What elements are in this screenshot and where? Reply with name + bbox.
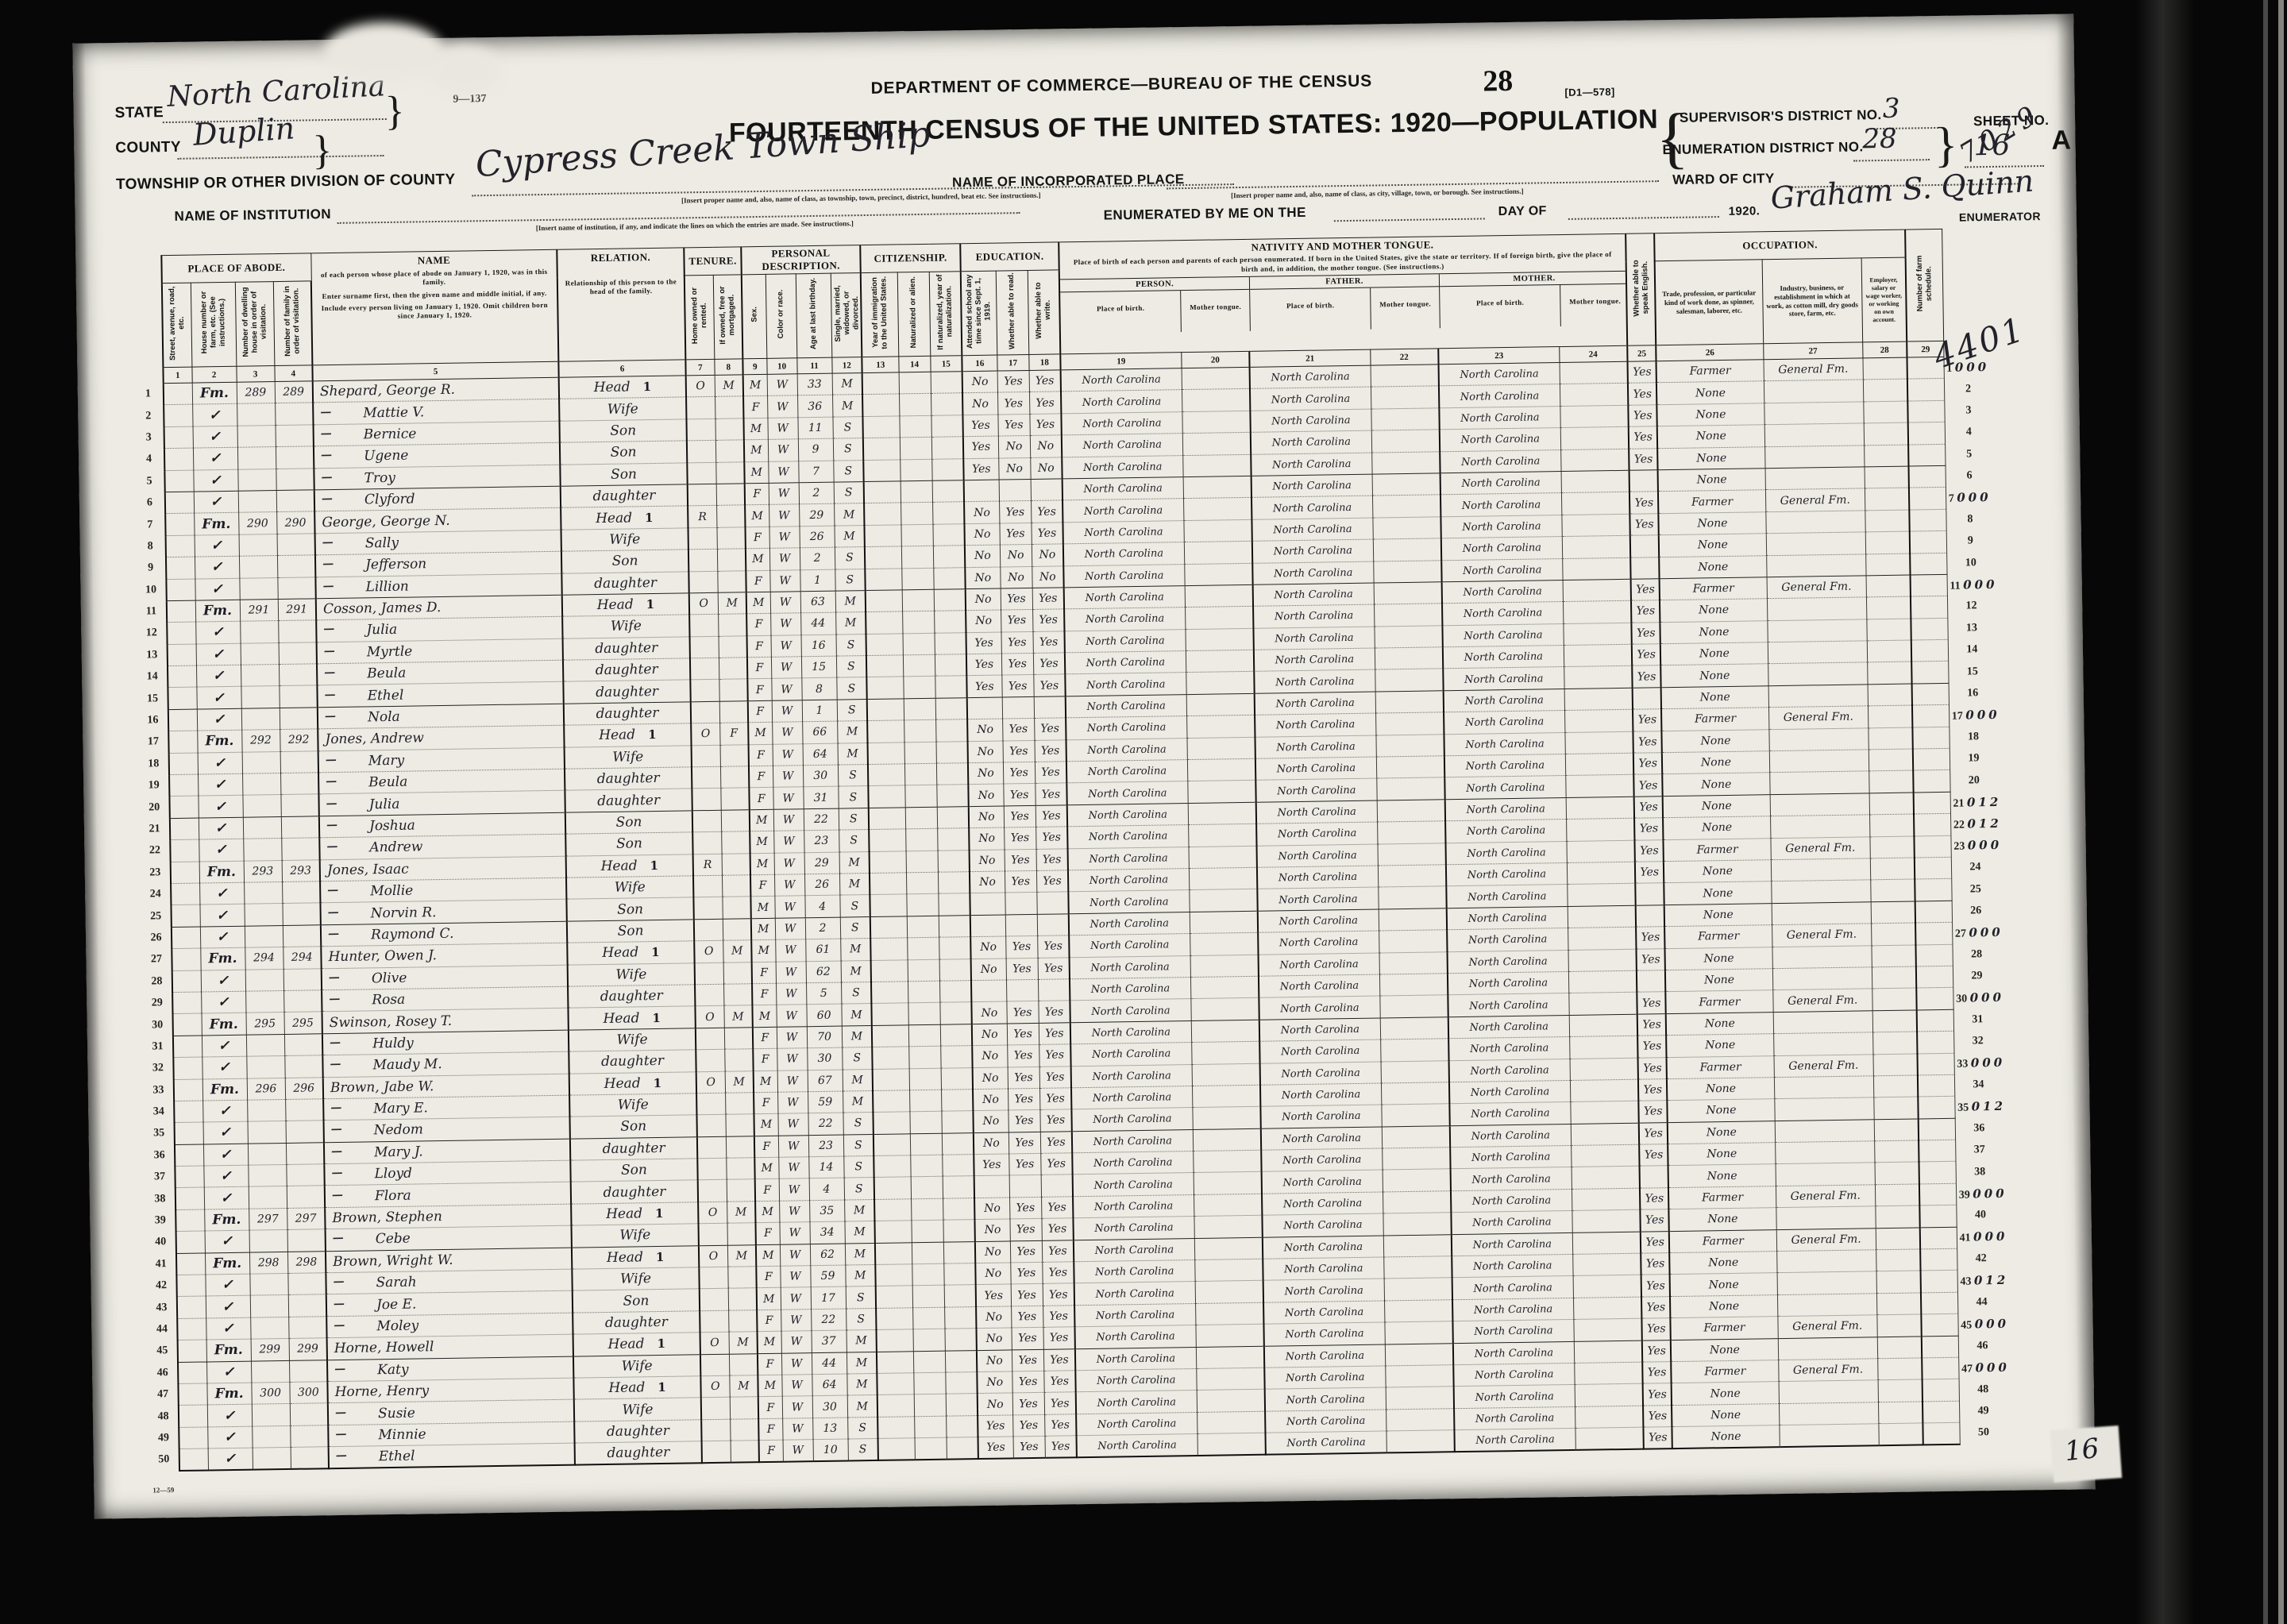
- table-cell: [866, 655, 903, 677]
- table-cell: [869, 808, 905, 830]
- person-place-of-birth-label: Place of birth.: [1060, 291, 1182, 334]
- table-cell: W: [769, 483, 799, 505]
- table-cell: [1866, 596, 1911, 619]
- table-cell: None: [1662, 773, 1769, 796]
- table-cell: W: [777, 1026, 807, 1048]
- line-number-right: 23 000: [1951, 835, 1999, 857]
- table-cell: ✓: [194, 491, 238, 513]
- table-cell: [1914, 814, 1950, 836]
- table-cell: None: [1657, 446, 1764, 469]
- farm-schedule-mark: 012: [1967, 816, 1998, 831]
- table-cell: 61: [805, 939, 840, 961]
- table-cell: [910, 1155, 942, 1177]
- table-cell: None: [1669, 1208, 1776, 1231]
- enumerator-signature: Graham S. Quinn: [1769, 164, 2034, 216]
- table-cell: Yes: [1001, 588, 1032, 610]
- table-cell: North Carolina: [1449, 1059, 1570, 1082]
- table-cell: 5: [806, 982, 841, 1005]
- table-cell: North Carolina: [1071, 1064, 1192, 1088]
- table-cell: [1774, 1097, 1873, 1121]
- table-cell: ✓: [195, 578, 239, 600]
- line-number-left: 20: [139, 797, 169, 819]
- table-cell: Son: [566, 897, 693, 921]
- table-cell: [863, 459, 900, 481]
- table-cell: 298: [249, 1252, 287, 1274]
- table-cell: [936, 785, 968, 807]
- table-cell: [1768, 641, 1867, 664]
- table-cell: [874, 1112, 910, 1134]
- table-cell: [1565, 731, 1633, 754]
- table-cell: None: [1659, 534, 1766, 557]
- table-cell: None: [1664, 903, 1772, 926]
- table-cell: W: [777, 1048, 807, 1070]
- table-cell: [934, 611, 966, 633]
- table-cell: [719, 658, 747, 680]
- table-cell: Yes: [1035, 739, 1066, 762]
- table-cell: North Carolina: [1259, 953, 1379, 977]
- table-cell: [1916, 944, 1953, 966]
- table-cell: [936, 741, 968, 763]
- table-cell: ✓: [200, 926, 245, 948]
- table-cell: [687, 441, 715, 463]
- table-cell: [903, 654, 935, 677]
- line-number-right: 48: [1959, 1379, 2007, 1401]
- township-label: TOWNSHIP OR OTHER DIVISION OF COUNTY: [116, 172, 456, 194]
- table-cell: W: [776, 961, 806, 983]
- table-cell: [941, 1090, 973, 1112]
- table-cell: Yes: [966, 675, 1001, 697]
- table-cell: [701, 1398, 730, 1420]
- industry-label: Industry, business, or establishment in …: [1764, 281, 1861, 321]
- table-cell: None: [1663, 816, 1770, 839]
- table-cell: North Carolina: [1259, 996, 1379, 1020]
- table-cell: No: [978, 1393, 1012, 1415]
- table-cell: [865, 568, 901, 590]
- table-cell: [174, 1079, 202, 1101]
- table-cell: 291: [240, 599, 278, 621]
- table-cell: [1767, 597, 1866, 620]
- table-cell: [1371, 451, 1440, 474]
- table-cell: Yes: [1013, 1436, 1045, 1458]
- table-cell: [1870, 858, 1915, 880]
- table-cell: [934, 589, 966, 611]
- line-number-left: 32: [143, 1058, 173, 1080]
- line-number-left: 9: [136, 557, 166, 580]
- table-cell: M: [842, 1025, 872, 1047]
- table-cell: [942, 1155, 974, 1177]
- table-cell: [1381, 1060, 1449, 1083]
- table-cell: [1560, 426, 1629, 449]
- table-cell: [719, 679, 747, 701]
- table-cell: [239, 577, 277, 600]
- table-cell: [1560, 361, 1628, 384]
- table-cell: [726, 1136, 754, 1158]
- table-cell: [864, 503, 901, 525]
- table-cell: [1567, 840, 1635, 863]
- able-to-write-label: Whether able to write.: [1034, 272, 1053, 349]
- table-cell: W: [781, 1375, 812, 1397]
- table-cell: No: [968, 784, 1003, 806]
- table-cell: S: [847, 1417, 877, 1439]
- line-number-left: 2: [133, 405, 164, 427]
- column-number: 22: [1370, 349, 1438, 365]
- table-cell: North Carolina: [1072, 1108, 1193, 1132]
- table-cell: [1872, 1010, 1917, 1032]
- film-streak: [2263, 0, 2268, 1624]
- table-cell: [1575, 1427, 1644, 1450]
- table-cell: [1869, 814, 1914, 836]
- table-cell: Yes: [1640, 1187, 1668, 1209]
- table-cell: [689, 615, 718, 637]
- table-cell: [696, 1049, 724, 1071]
- col-employer-header: Employer, salary or wage worker, or work…: [1861, 257, 1907, 342]
- table-cell: [283, 990, 322, 1013]
- table-cell: [1385, 1321, 1453, 1344]
- table-cell: [1194, 1259, 1263, 1282]
- table-cell: North Carolina: [1453, 1320, 1574, 1344]
- table-cell: Yes: [1029, 370, 1061, 392]
- table-cell: Yes: [1008, 1067, 1039, 1089]
- table-cell: North Carolina: [1445, 797, 1566, 821]
- table-cell: North Carolina: [1455, 1429, 1575, 1452]
- table-cell: [237, 469, 276, 491]
- table-cell: daughter: [574, 1419, 701, 1443]
- table-cell: [287, 1229, 326, 1252]
- name-desc-3: Include every person living on January 1…: [317, 301, 552, 322]
- table-cell: ✓: [197, 708, 241, 731]
- column-number: 26: [1656, 344, 1763, 361]
- table-cell: [728, 1310, 757, 1332]
- table-cell: [903, 633, 935, 655]
- table-cell: ✓: [196, 665, 241, 687]
- table-cell: W: [768, 461, 798, 483]
- table-cell: [872, 1025, 908, 1047]
- table-cell: Yes: [1637, 992, 1665, 1014]
- table-cell: Yes: [1633, 731, 1662, 753]
- table-cell: [281, 838, 319, 860]
- table-cell: ✓: [207, 1404, 252, 1426]
- table-cell: 15: [801, 656, 836, 678]
- table-cell: [1575, 1406, 1643, 1429]
- table-cell: [1916, 966, 1953, 988]
- county-rule: [178, 155, 384, 160]
- line-number-right: 14: [1948, 639, 1996, 662]
- table-cell: North Carolina: [1453, 1341, 1574, 1365]
- table-cell: [1911, 639, 1948, 662]
- table-cell: [278, 620, 316, 642]
- table-cell: Yes: [1005, 870, 1036, 893]
- table-cell: [1915, 857, 1951, 879]
- table-cell: [1379, 974, 1448, 997]
- table-cell: [1196, 1346, 1264, 1369]
- table-cell: North Carolina: [1067, 803, 1188, 827]
- line-number-left: 7: [135, 514, 165, 536]
- line-number-right: 42: [1957, 1248, 2004, 1270]
- column-number: 10: [766, 358, 796, 375]
- enumerated-prefix: ENUMERATED BY ME ON THE: [1104, 205, 1306, 224]
- table-cell: ✓: [199, 839, 243, 861]
- table-cell: [1570, 1079, 1638, 1102]
- table-cell: North Carolina: [1262, 1170, 1383, 1194]
- table-cell: No: [998, 457, 1030, 480]
- table-cell: ✓: [195, 534, 239, 557]
- table-cell: North Carolina: [1253, 583, 1374, 607]
- table-cell: [1918, 1097, 1954, 1119]
- table-cell: [700, 1354, 729, 1376]
- table-cell: [1916, 988, 1953, 1010]
- table-cell: [243, 816, 281, 839]
- table-cell: Fm.: [206, 1383, 251, 1405]
- table-cell: [1776, 1206, 1876, 1229]
- table-cell: [1009, 1175, 1041, 1198]
- table-cell: [696, 1028, 724, 1050]
- table-cell: [1568, 927, 1636, 950]
- film-streak: [2136, 0, 2195, 1624]
- table-cell: No: [965, 523, 1000, 546]
- table-cell: [1872, 945, 1916, 967]
- table-cell: [947, 1437, 978, 1460]
- table-cell: Yes: [1038, 1001, 1070, 1023]
- table-cell: [1873, 1097, 1918, 1119]
- table-cell: daughter: [569, 1050, 696, 1074]
- table-cell: North Carolina: [1062, 455, 1182, 479]
- table-cell: [721, 831, 750, 854]
- table-cell: [865, 546, 901, 569]
- table-cell: [974, 1175, 1009, 1198]
- table-cell: M: [746, 592, 770, 614]
- line-number-left: 23: [141, 862, 171, 884]
- farm-schedule-label: Number of farm schedule.: [1915, 245, 1934, 322]
- table-cell: None: [1665, 947, 1772, 970]
- table-cell: [715, 419, 743, 441]
- column-number: 17: [997, 354, 1028, 371]
- table-cell: [1197, 1433, 1266, 1456]
- table-cell: [1765, 467, 1865, 490]
- table-cell: [1036, 892, 1068, 914]
- table-cell: Yes: [999, 501, 1031, 523]
- table-cell: No: [1030, 435, 1062, 457]
- column-number: 25: [1627, 345, 1656, 362]
- column-number: 8: [714, 359, 742, 376]
- table-cell: Yes: [1042, 1218, 1074, 1240]
- farm-schedule-mark: 012: [1974, 1273, 2005, 1288]
- supervisor-district-label: SUPERVISOR'S DISTRICT NO.: [1680, 107, 1882, 126]
- table-cell: Yes: [1001, 654, 1033, 676]
- table-cell: [1766, 532, 1865, 555]
- table-cell: No: [976, 1306, 1011, 1329]
- table-cell: ✓: [203, 1165, 248, 1187]
- table-cell: W: [771, 635, 801, 657]
- line-number-right: 32: [1953, 1031, 2001, 1053]
- table-cell: M: [847, 1352, 877, 1374]
- table-cell: None: [1662, 729, 1769, 752]
- table-cell: [1372, 495, 1440, 518]
- table-cell: [1562, 557, 1630, 581]
- table-cell: M: [843, 1069, 873, 1091]
- table-cell: Wife: [569, 1028, 696, 1052]
- table-cell: [901, 503, 932, 525]
- table-cell: F: [747, 657, 771, 679]
- table-cell: North Carolina: [1444, 776, 1565, 800]
- table-cell: Son: [560, 419, 687, 443]
- col-marital-header: Single, married, widowed, or divorced.: [831, 273, 862, 358]
- table-cell: [899, 372, 931, 394]
- line-number-left: 14: [137, 666, 168, 689]
- table-cell: Yes: [1029, 392, 1061, 414]
- table-cell: [1917, 1031, 1953, 1053]
- table-cell: [248, 1143, 286, 1165]
- table-cell: North Carolina: [1068, 869, 1189, 893]
- table-cell: 1: [800, 569, 835, 592]
- table-cell: [1192, 1085, 1260, 1108]
- table-cell: Yes: [1628, 405, 1656, 427]
- table-cell: Yes: [1637, 1013, 1666, 1036]
- line-number-left: 27: [141, 949, 172, 971]
- table-cell: [862, 394, 899, 416]
- table-cell: daughter: [563, 637, 690, 661]
- table-cell: None: [1669, 1252, 1776, 1275]
- table-cell: [1569, 1036, 1637, 1059]
- table-cell: Yes: [1637, 1036, 1666, 1058]
- table-cell: North Carolina: [1263, 1257, 1383, 1281]
- table-cell: [286, 1142, 324, 1164]
- table-cell: [1922, 1357, 1958, 1379]
- table-cell: S: [843, 1156, 874, 1178]
- table-cell: North Carolina: [1261, 1148, 1382, 1172]
- table-cell: None: [1663, 795, 1770, 818]
- table-cell: [868, 764, 904, 786]
- sex-label: Sex.: [750, 307, 759, 322]
- table-cell: [240, 621, 278, 643]
- line-number-left: 47: [148, 1383, 178, 1406]
- table-cell: Yes: [978, 1437, 1013, 1459]
- table-cell: [1566, 797, 1634, 820]
- table-cell: [251, 1360, 289, 1383]
- table-cell: 9: [798, 438, 833, 461]
- line-number-left: 25: [141, 905, 171, 928]
- table-cell: Farmer: [1667, 1055, 1774, 1078]
- table-cell: [701, 1419, 730, 1441]
- table-cell: [1186, 716, 1255, 739]
- left-margin-header: [131, 256, 163, 384]
- table-cell: [904, 742, 936, 764]
- table-cell: [164, 426, 193, 449]
- table-cell: [1920, 1205, 1957, 1227]
- table-cell: [1194, 1194, 1262, 1217]
- institution-label: NAME OF INSTITUTION: [174, 206, 331, 225]
- table-cell: [909, 1090, 941, 1112]
- table-cell: [1189, 867, 1257, 890]
- table-cell: [1380, 1039, 1448, 1062]
- table-cell: Yes: [1039, 1088, 1071, 1110]
- table-cell: [1372, 473, 1440, 496]
- table-cell: [693, 897, 722, 920]
- table-cell: Yes: [1641, 1231, 1669, 1253]
- table-cell: North Carolina: [1264, 1344, 1385, 1368]
- table-cell: W: [767, 395, 797, 418]
- table-cell: Yes: [1003, 784, 1035, 806]
- table-cell: 2: [799, 482, 834, 504]
- table-cell: [1766, 554, 1865, 577]
- table-cell: [1911, 618, 1948, 640]
- table-cell: North Carolina: [1259, 1040, 1380, 1063]
- table-cell: Wife: [574, 1398, 701, 1421]
- table-cell: North Carolina: [1447, 928, 1568, 952]
- table-cell: [1920, 1248, 1957, 1271]
- table-cell: Yes: [1630, 513, 1659, 535]
- table-cell: None: [1667, 1099, 1774, 1122]
- line-number-right: 28: [1953, 943, 2000, 966]
- table-cell: [1779, 1380, 1878, 1403]
- table-cell: W: [770, 613, 800, 635]
- table-cell: [164, 448, 193, 470]
- table-cell: [1386, 1408, 1454, 1431]
- table-cell: ✓: [196, 687, 241, 709]
- table-cell: F: [752, 983, 776, 1005]
- table-cell: ✓: [208, 1448, 253, 1470]
- table-cell: [249, 1230, 287, 1252]
- table-cell: S: [840, 916, 870, 939]
- table-cell: [1919, 1118, 1955, 1140]
- table-cell: [943, 1263, 975, 1286]
- farm-schedule-mark: 012: [1967, 794, 1998, 809]
- table-cell: [1869, 770, 1913, 793]
- table-cell: [1913, 748, 1950, 770]
- table-cell: 70: [807, 1026, 842, 1048]
- table-cell: [175, 1122, 203, 1144]
- table-cell: [1375, 625, 1443, 648]
- table-cell: Farmer: [1664, 838, 1771, 861]
- table-cell: 294: [283, 947, 321, 969]
- table-cell: [1194, 1172, 1262, 1195]
- table-cell: [1037, 914, 1069, 936]
- table-cell: [940, 1046, 972, 1068]
- relation-desc: Relationship of this person to the head …: [563, 278, 679, 298]
- table-cell: Wife: [568, 962, 695, 986]
- table-cell: 4: [804, 895, 839, 917]
- table-cell: Farmer: [1664, 925, 1772, 948]
- table-cell: Fm.: [197, 730, 241, 752]
- table-cell: [1378, 886, 1446, 909]
- table-cell: North Carolina: [1454, 1385, 1575, 1409]
- table-cell: Yes: [1631, 579, 1660, 601]
- table-cell: [913, 1329, 945, 1351]
- table-cell: S: [833, 438, 863, 461]
- table-cell: [1193, 1150, 1261, 1173]
- col-farm-schedule-header: Number of farm schedule.: [1905, 229, 1943, 341]
- table-cell: [1873, 1075, 1918, 1097]
- table-cell: M: [751, 918, 775, 940]
- table-cell: [1768, 619, 1867, 642]
- table-cell: [877, 1351, 913, 1373]
- table-cell: [943, 1241, 975, 1263]
- table-cell: [175, 1144, 203, 1167]
- table-cell: [1913, 770, 1950, 793]
- table-cell: [943, 1176, 974, 1198]
- table-cell: [872, 1047, 908, 1069]
- table-cell: [167, 600, 195, 623]
- table-cell: M: [744, 440, 768, 462]
- enumerator-label: ENUMERATOR: [1959, 210, 2041, 224]
- table-cell: Fm.: [200, 947, 245, 970]
- table-cell: [933, 546, 965, 568]
- table-cell: [724, 1049, 753, 1071]
- table-cell: [908, 1024, 940, 1047]
- table-cell: North Carolina: [1062, 434, 1182, 457]
- table-cell: [907, 937, 939, 959]
- table-cell: [730, 1418, 758, 1441]
- table-cell: W: [773, 766, 803, 788]
